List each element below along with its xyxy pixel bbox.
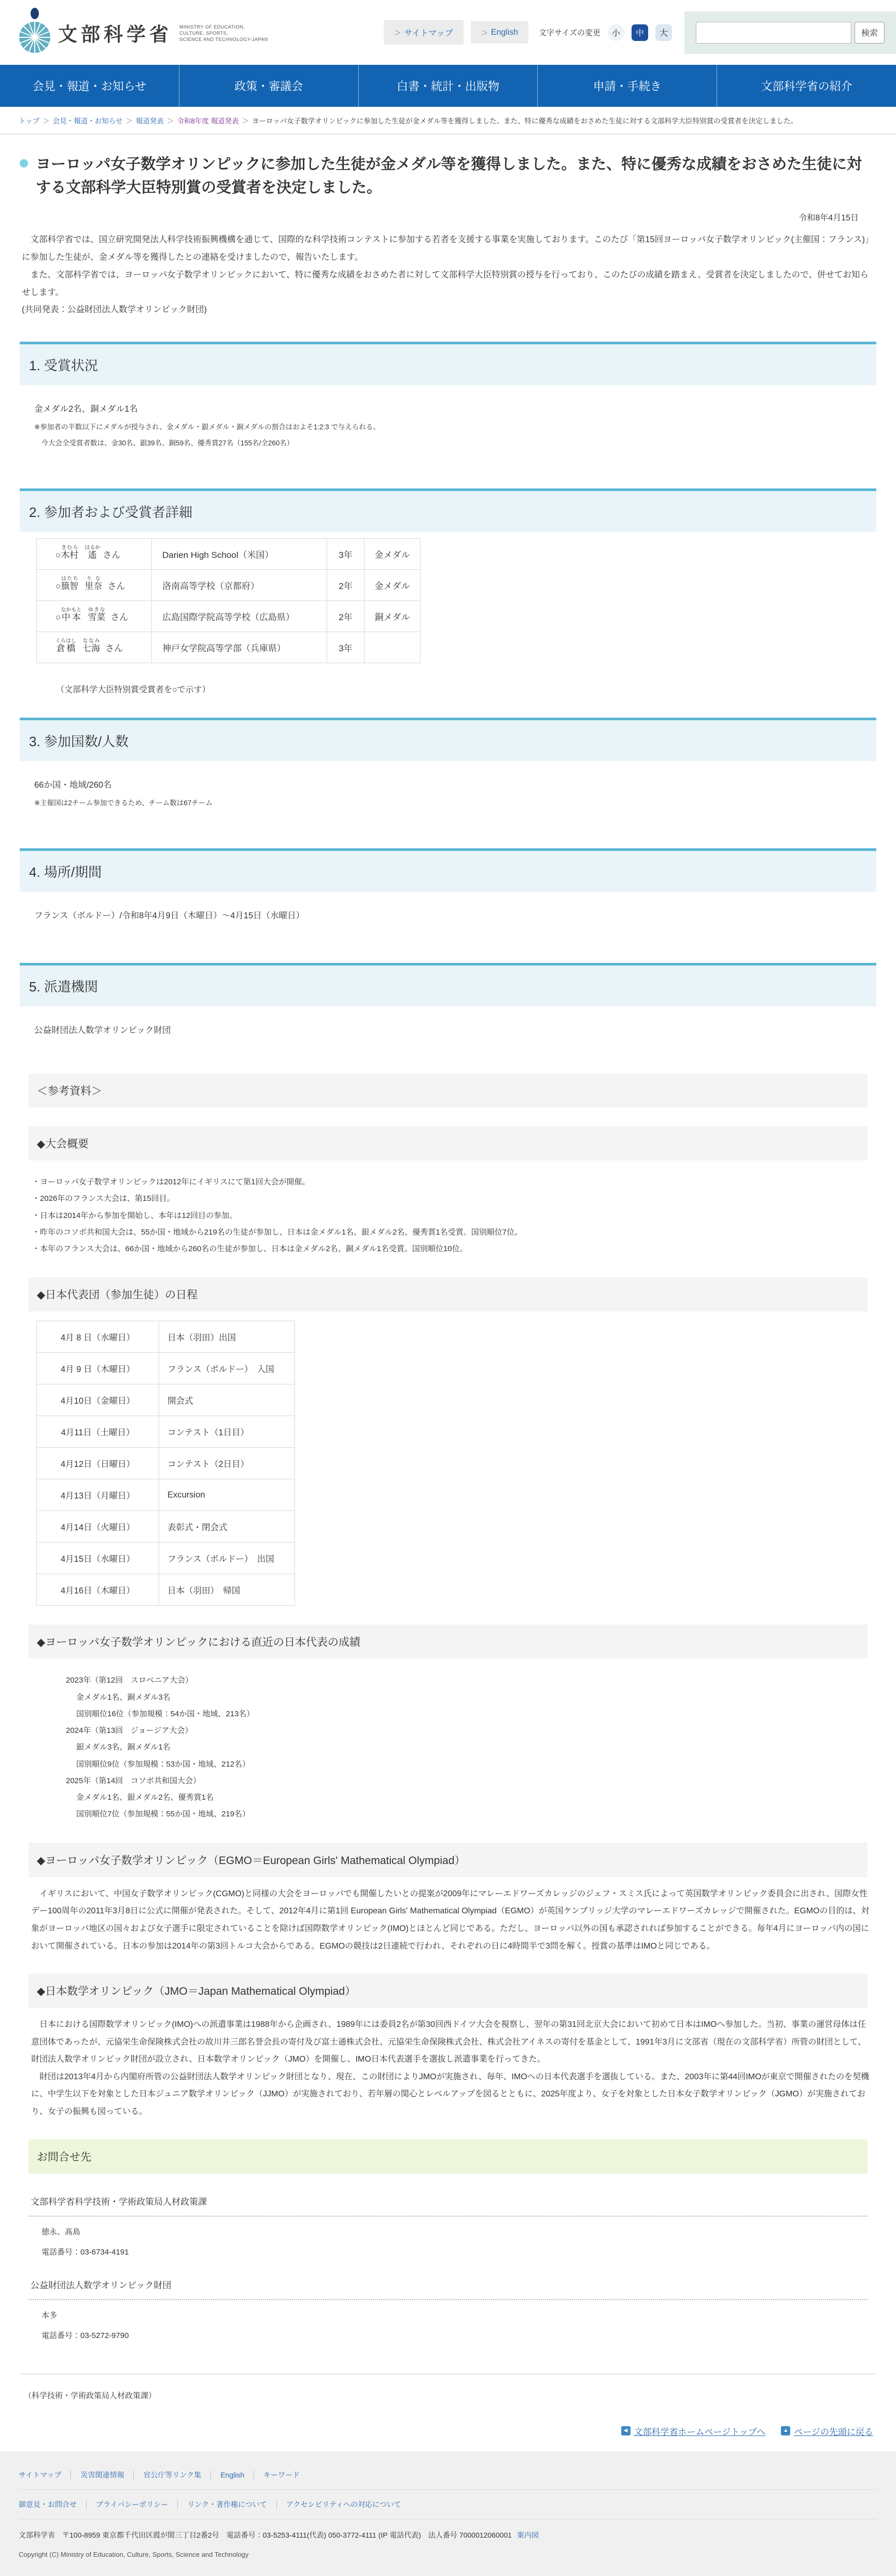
table-row: 4月10日（金曜日）開会式 <box>37 1384 295 1416</box>
footer-divider <box>19 2519 877 2519</box>
schedule-date: 4月16日（木曜日） <box>37 1574 159 1606</box>
award-note1: ※参加者の半数以下にメダルが授与され、金メダル・銀メダル・銅メダルの割合はおよそ… <box>34 420 875 434</box>
footer-feedback-link[interactable]: 御意見・お問合せ <box>19 2500 87 2509</box>
result-year: 2025年（第14回 コソボ共和国大会） <box>32 1773 867 1789</box>
participant-school: 広島国際学院高等学校（広島県） <box>152 601 327 632</box>
schedule-date: 4月14日（火曜日） <box>37 1511 159 1543</box>
jmo-p1: 日本における国際数学オリンピック(IMO)への派遣事業は1988年から企画され、… <box>31 2016 871 2068</box>
schedule-event: コンテスト（1日目） <box>159 1416 295 1448</box>
lead-p2: また、文部科学省では、ヨーロッパ女子数学オリンピックにおいて、特に優秀な成績をお… <box>22 267 875 302</box>
section2-body: ○木村きむら遙はるかさん Darien High School（米国） 3年 金… <box>0 538 896 695</box>
nav-item-whitepaper[interactable]: 白書・統計・出版物 <box>358 65 538 107</box>
english-link[interactable]: ＞ English <box>471 21 529 44</box>
header-tools: ＞ サイトマップ ＞ English 文字サイズの変更 小 中 大 検索 <box>384 0 896 65</box>
table-row: 4月13日（月曜日）Excursion <box>37 1479 295 1511</box>
nav-item-application[interactable]: 申請・手続き <box>537 65 717 107</box>
breadcrumb: トップ＞会見・報道・お知らせ＞報道発表＞令和8年度 報道発表＞ヨーロッパ女子数学… <box>0 107 896 134</box>
jmo-bar: ◆日本数学オリンピック（JMO＝Japan Mathematical Olymp… <box>29 1973 867 2008</box>
site-title: 文部科学省 <box>58 19 172 47</box>
back-to-top-link[interactable]: ▲ ページの先頭に戻る <box>781 2425 873 2438</box>
global-nav: 会見・報道・お知らせ 政策・審議会 白書・統計・出版物 申請・手続き 文部科学省… <box>0 65 896 107</box>
section1-body: 金メダル2名、銅メダル1名 ※参加者の半数以下にメダルが授与され、金メダル・銀メ… <box>0 385 896 466</box>
section3-heading: 3. 参加国数/人数 <box>20 718 876 761</box>
breadcrumb-release[interactable]: 報道発表 <box>136 117 164 125</box>
participant-school: 神戸女学院高等学部（兵庫県） <box>152 632 327 663</box>
result-year: 2023年（第12回 スロベニア大会） <box>32 1672 867 1689</box>
special-award-mark: ○ <box>55 612 61 623</box>
schedule-date: 4月15日（水曜日） <box>37 1543 159 1574</box>
participant-school: 洛南高等学校（京都府） <box>152 570 327 601</box>
schedule-event: Excursion <box>159 1479 295 1511</box>
award-summary: 金メダル2名、銅メダル1名 <box>34 401 875 418</box>
participant-medal: 金メダル <box>365 539 421 570</box>
table-row: 4月15日（水曜日）フランス（ボルドー） 出国 <box>37 1543 295 1574</box>
section4-heading: 4. 場所/期間 <box>20 848 876 892</box>
table-row: ○木村きむら遙はるかさん Darien High School（米国） 3年 金… <box>37 539 421 570</box>
page-links: ◀ 文部科学省ホームページトップへ ▲ ページの先頭に戻る <box>0 2401 896 2451</box>
lead-p3: (共同発表：公益財団法人数学オリンピック財団) <box>22 301 875 319</box>
mext-logo-icon <box>19 7 51 58</box>
schedule-bar: ◆日本代表団（参加生徒）の日程 <box>29 1277 867 1311</box>
footer-sitemap-link[interactable]: サイトマップ <box>19 2471 71 2479</box>
participant-surname: 木村きむら <box>61 550 78 560</box>
section5-heading: 5. 派遣機関 <box>20 963 876 1006</box>
table-row: 4月16日（木曜日）日本（羽田） 帰国 <box>37 1574 295 1606</box>
result-medals: 銀メダル3名、銅メダル1名 <box>32 1739 867 1756</box>
results-body: 2023年（第12回 スロベニア大会） 金メダル1名、銅メダル3名 国別順位16… <box>0 1659 896 1824</box>
overview-line: ・日本は2014年から参加を開始し、本年は12回目の参加。 <box>32 1208 867 1224</box>
results-bar: ◆ヨーロッパ女子数学オリンピックにおける直近の日本代表の成績 <box>29 1625 867 1659</box>
footer-links-row2: 御意見・お問合せプライバシーポリシーリンク・著作権についてアクセシビリティへの対… <box>19 2494 877 2515</box>
footer-divider <box>19 2489 877 2490</box>
footer-address: 文部科学省 〒100-8959 東京都千代田区霞が関三丁目2番2号 電話番号：0… <box>19 2524 877 2542</box>
overview-body: ・ヨーロッパ女子数学オリンピックは2012年にイギリスにて第1回大会が開催。 ・… <box>0 1160 896 1258</box>
dispatch-org: 公益財団法人数学オリンピック財団 <box>34 1022 875 1039</box>
countries-count: 66か国・地域/260名 <box>34 777 875 794</box>
breadcrumb-current: ヨーロッパ女子数学オリンピックに参加した生徒が金メダル等を獲得しました。また、特… <box>252 117 797 125</box>
overview-line: ・2026年のフランス大会は、第15回目。 <box>32 1191 867 1207</box>
schedule-event: フランス（ボルドー） 出国 <box>159 1543 295 1574</box>
participant-medal: 銅メダル <box>365 601 421 632</box>
schedule-event: 日本（羽田）出国 <box>159 1321 295 1353</box>
section5-body: 公益財団法人数学オリンピック財団 <box>0 1006 896 1055</box>
teams-note: ※主催国は2チーム参加できるため、チーム数は67チーム <box>34 796 875 810</box>
chevron-right-icon: ＞ <box>481 27 488 37</box>
section3-body: 66か国・地域/260名 ※主催国は2チーム参加できるため、チーム数は67チーム <box>0 761 896 825</box>
access-map-link[interactable]: 案内図 <box>517 2531 539 2539</box>
schedule-event: 日本（羽田） 帰国 <box>159 1574 295 1606</box>
table-row: 4月12日（日曜日）コンテスト（2日目） <box>37 1448 295 1479</box>
schedule-date: 4月10日（金曜日） <box>37 1384 159 1416</box>
egmo-bar: ◆ヨーロッパ女子数学オリンピック（EGMO＝European Girls' Ma… <box>29 1843 867 1877</box>
breadcrumb-press[interactable]: 会見・報道・お知らせ <box>53 117 123 125</box>
reference-bar: ＜参考資料＞ <box>29 1073 867 1108</box>
breadcrumb-home[interactable]: トップ <box>19 117 39 125</box>
participant-surname: 簱智はたち <box>61 581 78 591</box>
participant-surname: 中本なかもと <box>61 612 81 622</box>
overview-bar: ◆大会概要 <box>29 1126 867 1160</box>
chevron-right-icon: ＞ <box>394 27 401 37</box>
contact-org2-person: 本多 <box>0 2300 896 2320</box>
schedule-date: 4月 9 日（木曜日） <box>37 1353 159 1384</box>
footer-disaster-link[interactable]: 災害関連情報 <box>71 2471 134 2479</box>
overview-line: ・昨年のコソボ共和国大会は、55か国・地域から219名の生徒が参加し、日本は金メ… <box>32 1224 867 1241</box>
schedule-event: 表彰式・閉会式 <box>159 1511 295 1543</box>
schedule-event: フランス（ボルドー） 入国 <box>159 1353 295 1384</box>
footer-links-row1: サイトマップ災害関連情報官公庁等リンク集Englishキーワード <box>19 2465 877 2485</box>
schedule-date: 4月12日（日曜日） <box>37 1448 159 1479</box>
participant-medal: 金メダル <box>365 570 421 601</box>
section4-body: フランス（ボルドー）/令和8年4月9日（木曜日）～4月15日（水曜日） <box>0 892 896 940</box>
participant-grade: 2年 <box>327 601 365 632</box>
left-arrow-icon: ◀ <box>621 2426 631 2435</box>
participant-given-name: 雪菜ゆきな <box>88 612 105 622</box>
schedule-date: 4月13日（月曜日） <box>37 1479 159 1511</box>
participant-grade: 3年 <box>327 539 365 570</box>
font-size-medium-button[interactable]: 中 <box>632 24 648 41</box>
section2-heading: 2. 参加者および受賞者詳細 <box>20 488 876 532</box>
table-row: ○中本なかもと雪菜ゆきなさん 広島国際学院高等学校（広島県） 2年 銅メダル <box>37 601 421 632</box>
venue-period: フランス（ボルドー）/令和8年4月9日（木曜日）～4月15日（水曜日） <box>34 907 875 925</box>
footer-privacy-link[interactable]: プライバシーポリシー <box>87 2500 178 2509</box>
page-title: ヨーロッパ女子数学オリンピックに参加した生徒が金メダル等を獲得しました。また、特… <box>36 153 865 200</box>
up-arrow-icon: ▲ <box>781 2426 790 2435</box>
participant-surname: 倉橋くらはし <box>55 643 76 653</box>
schedule-event: コンテスト（2日目） <box>159 1448 295 1479</box>
schedule-date: 4月 8 日（水曜日） <box>37 1321 159 1353</box>
footer-english-link[interactable]: English <box>211 2471 254 2479</box>
lead-p1: 文部科学省では、国立研究開発法人科学技術振興機構を通じて、国際的な科学技術コンテ… <box>22 231 875 267</box>
participant-given-name: 七海ななみ <box>82 643 100 653</box>
title-row: ヨーロッパ女子数学オリンピックに参加した生徒が金メダル等を獲得しました。また、特… <box>0 134 896 202</box>
page: 文部科学省 MINISTRY OF EDUCATION, CULTURE, SP… <box>0 0 896 2576</box>
table-row: 4月 9 日（木曜日）フランス（ボルドー） 入国 <box>37 1353 295 1384</box>
breadcrumb-separator: ＞ <box>39 117 53 125</box>
name-suffix: さん <box>103 550 120 560</box>
footer-copyright-link[interactable]: リンク・著作権について <box>178 2500 276 2509</box>
schedule-event: 開会式 <box>159 1384 295 1416</box>
table-row: 4月14日（火曜日）表彰式・閉会式 <box>37 1511 295 1543</box>
site-header: 文部科学省 MINISTRY OF EDUCATION, CULTURE, SP… <box>0 0 896 65</box>
title-bullet-icon <box>20 159 28 167</box>
participant-medal <box>365 632 421 663</box>
contact-org1-name: 文部科学省科学技術・学術政策局人材政策課 <box>29 2188 867 2217</box>
result-medals: 金メダル1名、銀メダル2名、優秀賞1名 <box>32 1789 867 1806</box>
schedule-date: 4月11日（土曜日） <box>37 1416 159 1448</box>
name-suffix: さん <box>105 643 123 653</box>
sitemap-link[interactable]: ＞ サイトマップ <box>384 20 463 45</box>
section1-heading: 1. 受賞状況 <box>20 342 876 385</box>
breadcrumb-separator: ＞ <box>122 117 136 125</box>
breadcrumb-year[interactable]: 令和8年度 報道発表 <box>177 117 239 125</box>
result-medals: 金メダル1名、銅メダル3名 <box>32 1689 867 1706</box>
result-year: 2024年（第13回 ジョージア大会） <box>32 1723 867 1739</box>
contact-org1-person: 徳永、髙島 <box>0 2217 896 2237</box>
participant-grade: 3年 <box>327 632 365 663</box>
result-rank: 国別順位9位（参加規模：53か国・地域、212名） <box>32 1756 867 1773</box>
department-note: （科学技術・学術政策局人材政策課） <box>0 2374 896 2401</box>
contact-org2-name: 公益財団法人数学オリンピック財団 <box>29 2272 867 2300</box>
footer-gov-links[interactable]: 官公庁等リンク集 <box>134 2471 211 2479</box>
font-size-small-button[interactable]: 小 <box>608 24 624 41</box>
footer-keyword-link[interactable]: キーワード <box>254 2471 309 2479</box>
schedule-table: 4月 8 日（水曜日）日本（羽田）出国 4月 9 日（木曜日）フランス（ボルドー… <box>36 1321 295 1606</box>
name-suffix: さん <box>110 612 128 622</box>
result-rank: 国別順位7位（参加規模：55か国・地域、219名） <box>32 1806 867 1823</box>
participant-given-name: 里奈りな <box>85 581 102 591</box>
special-award-mark: ○ <box>55 581 61 592</box>
contact-org1-tel: 電話番号：03-6734-4191 <box>0 2237 896 2257</box>
overview-line: ・本年のフランス大会は、66か国・地域から260名の生徒が参加し、日本は金メダル… <box>32 1241 867 1257</box>
search-button[interactable]: 検索 <box>855 22 885 44</box>
name-suffix: さん <box>107 581 125 591</box>
search-input[interactable] <box>696 22 851 44</box>
font-size-label: 文字サイズの変更 <box>539 27 600 38</box>
nav-item-about[interactable]: 文部科学省の紹介 <box>717 65 896 107</box>
table-row: ○簱智はたち里奈りなさん 洛南高等学校（京都府） 2年 金メダル <box>37 570 421 601</box>
breadcrumb-separator: ＞ <box>164 117 177 125</box>
jmo-p2: 財団は2013年4月から内閣府所管の公益財団法人数学オリンピック財団となり、現在… <box>31 2068 871 2121</box>
release-date: 令和8年4月15日 <box>0 202 896 226</box>
nav-item-press[interactable]: 会見・報道・お知らせ <box>0 65 179 107</box>
special-award-mark: ○ <box>55 550 61 561</box>
overview-line: ・ヨーロッパ女子数学オリンピックは2012年にイギリスにて第1回大会が開催。 <box>32 1174 867 1191</box>
breadcrumb-separator: ＞ <box>239 117 252 125</box>
participant-grade: 2年 <box>327 570 365 601</box>
table-row: 倉橋くらはし七海ななみさん 神戸女学院高等学部（兵庫県） 3年 <box>37 632 421 663</box>
site-subtitle: MINISTRY OF EDUCATION, CULTURE, SPORTS, … <box>179 24 268 43</box>
jmo-paragraphs: 日本における国際数学オリンピック(IMO)への派遣事業は1988年から企画され、… <box>0 2008 896 2121</box>
table-row: 4月 8 日（水曜日）日本（羽田）出国 <box>37 1321 295 1353</box>
footer-copyright: Copyright (C) Ministry of Education, Cul… <box>19 2542 877 2558</box>
participant-given-name: 遙はるか <box>85 550 97 560</box>
award-note2: 今大会全受賞者数は、金30名、銀39名、銅59名、優秀賞27名（155名/全26… <box>34 436 875 450</box>
egmo-paragraph: イギリスにおいて、中国女子数学オリンピック(CGMO)と同様の大会をヨーロッパで… <box>0 1877 896 1955</box>
font-size-large-button[interactable]: 大 <box>655 24 672 41</box>
contact-section: 文部科学省科学技術・学術政策局人材政策課 徳永、髙島 電話番号：03-6734-… <box>0 2188 896 2341</box>
search-area: 検索 <box>684 11 896 54</box>
table-row: 4月11日（土曜日）コンテスト（1日目） <box>37 1416 295 1448</box>
contact-bar: お問合せ先 <box>29 2139 867 2174</box>
mext-logo[interactable]: 文部科学省 MINISTRY OF EDUCATION, CULTURE, SP… <box>19 0 268 65</box>
home-page-link[interactable]: ◀ 文部科学省ホームページトップへ <box>621 2425 766 2438</box>
participant-school: Darien High School（米国） <box>152 539 327 570</box>
contact-org2-tel: 電話番号：03-5272-9790 <box>0 2320 896 2341</box>
nav-item-policy[interactable]: 政策・審議会 <box>179 65 358 107</box>
lead-paragraphs: 文部科学省では、国立研究開発法人科学技術振興機構を通じて、国際的な科学技術コンテ… <box>0 226 896 319</box>
result-rank: 国別順位16位（参加規模：54か国・地域、213名） <box>32 1706 867 1723</box>
participants-table-note: （文部科学大臣特別賞受賞者を○で示す） <box>0 665 896 695</box>
site-footer: サイトマップ災害関連情報官公庁等リンク集Englishキーワード 御意見・お問合… <box>0 2451 896 2576</box>
footer-accessibility-link[interactable]: アクセシビリティへの対応について <box>277 2500 411 2509</box>
participants-table: ○木村きむら遙はるかさん Darien High School（米国） 3年 金… <box>36 538 421 663</box>
